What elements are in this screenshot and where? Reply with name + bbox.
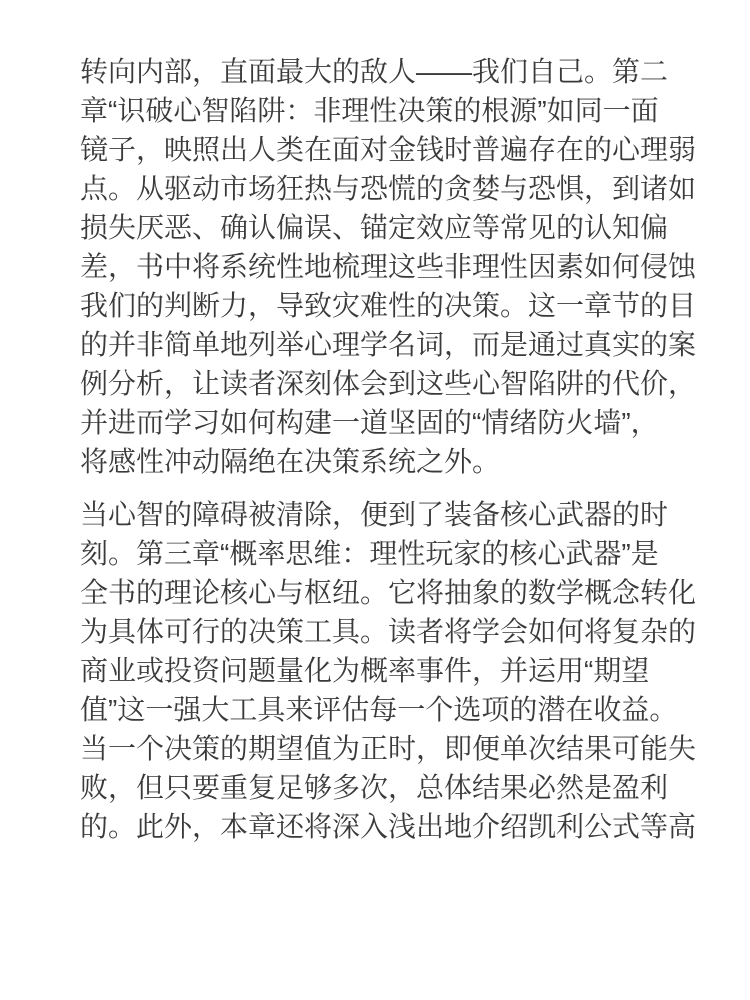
text-line: 将感性冲动隔绝在决策系统之外。 bbox=[80, 442, 670, 481]
text-line: 镜子，映照出人类在面对金钱时普遍存在的心理弱 bbox=[80, 130, 670, 169]
text-line: 的。此外，本章还将深入浅出地介绍凯利公式等高 bbox=[80, 807, 670, 846]
text-line: 我们的判断力，导致灾难性的决策。这一章节的目 bbox=[80, 286, 670, 325]
text-line: 章“识破心智陷阱：非理性决策的根源”如同一面 bbox=[80, 91, 670, 130]
text-line: 当心智的障碍被清除，便到了装备核心武器的时 bbox=[80, 495, 670, 534]
text-line: 点。从驱动市场狂热与恐慌的贪婪与恐惧，到诸如 bbox=[80, 169, 670, 208]
paragraph: 当心智的障碍被清除，便到了装备核心武器的时刻。第三章“概率思维：理性玩家的核心武… bbox=[80, 495, 670, 846]
text-line: 并进而学习如何构建一道坚固的“情绪防火墙”， bbox=[80, 403, 670, 442]
text-line: 全书的理论核心与枢纽。它将抽象的数学概念转化 bbox=[80, 573, 670, 612]
paragraph: 转向内部，直面最大的敌人——我们自己。第二章“识破心智陷阱：非理性决策的根源”如… bbox=[80, 52, 670, 481]
text-line: 败，但只要重复足够多次，总体结果必然是盈利 bbox=[80, 768, 670, 807]
article-body: 转向内部，直面最大的敌人——我们自己。第二章“识破心智陷阱：非理性决策的根源”如… bbox=[80, 52, 670, 846]
text-line: 差，书中将系统性地梳理这些非理性因素如何侵蚀 bbox=[80, 247, 670, 286]
text-line: 为具体可行的决策工具。读者将学会如何将复杂的 bbox=[80, 612, 670, 651]
text-line: 损失厌恶、确认偏误、锚定效应等常见的认知偏 bbox=[80, 208, 670, 247]
text-line: 值”这一强大工具来评估每一个选项的潜在收益。 bbox=[80, 690, 670, 729]
text-line: 商业或投资问题量化为概率事件，并运用“期望 bbox=[80, 651, 670, 690]
text-line: 例分析，让读者深刻体会到这些心智陷阱的代价， bbox=[80, 364, 670, 403]
document-page: 转向内部，直面最大的敌人——我们自己。第二章“识破心智陷阱：非理性决策的根源”如… bbox=[0, 0, 750, 1000]
text-line: 当一个决策的期望值为正时，即便单次结果可能失 bbox=[80, 729, 670, 768]
text-line: 刻。第三章“概率思维：理性玩家的核心武器”是 bbox=[80, 534, 670, 573]
text-line: 的并非简单地列举心理学名词，而是通过真实的案 bbox=[80, 325, 670, 364]
text-line: 转向内部，直面最大的敌人——我们自己。第二 bbox=[80, 52, 670, 91]
